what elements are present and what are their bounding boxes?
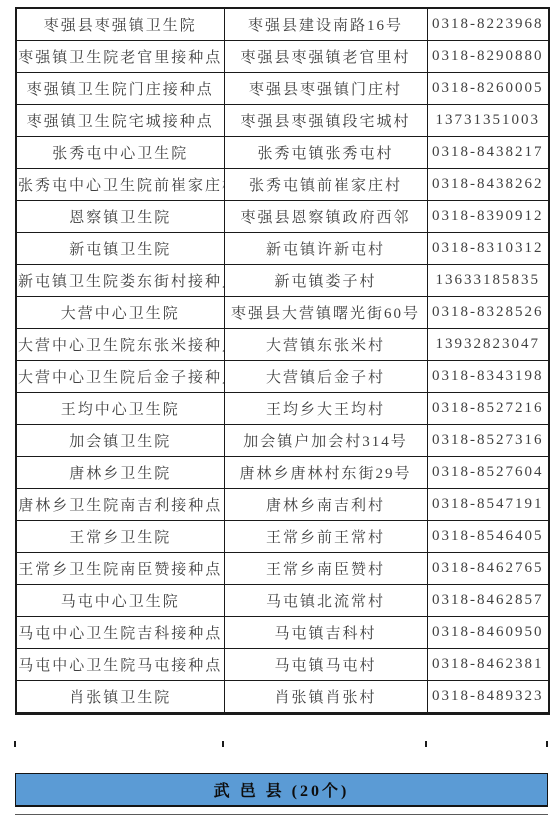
clinic-name-cell: 枣强镇卫生院宅城接种点 [16,105,224,137]
clinic-name-cell: 恩察镇卫生院 [16,201,224,233]
clinic-name-cell: 马屯中心卫生院 [16,585,224,617]
table-row: 唐林乡卫生院 唐林乡唐林村东街29号 0318-8527604 [16,457,549,489]
table-row: 王常乡卫生院 王常乡前王常村 0318-8546405 [16,521,549,553]
table-row: 肖张镇卫生院 肖张镇肖张村 0318-8489323 [16,681,549,714]
clinic-name-cell: 唐林乡卫生院南吉利接种点 [16,489,224,521]
table-row: 枣强镇卫生院宅城接种点 枣强县枣强镇段宅城村 13731351003 [16,105,549,137]
address-cell: 王常乡前王常村 [224,521,427,553]
phone-cell: 0318-8547191 [427,489,549,521]
clinic-name-cell: 大营中心卫生院东张米接种点 [16,329,224,361]
phone-cell: 0318-8462857 [427,585,549,617]
clinic-name-cell: 加会镇卫生院 [16,425,224,457]
table-row: 张秀屯中心卫生院 张秀屯镇张秀屯村 0318-8438217 [16,137,549,169]
address-cell: 新屯镇娄子村 [224,265,427,297]
clinic-name-cell: 马屯中心卫生院吉科接种点 [16,617,224,649]
next-table-top-border [15,814,548,815]
phone-cell: 0318-8438217 [427,137,549,169]
address-cell: 马屯镇北流常村 [224,585,427,617]
clinic-name-cell: 枣强镇卫生院老官里接种点 [16,41,224,73]
table-row: 恩察镇卫生院 枣强县恩察镇政府西邻 0318-8390912 [16,201,549,233]
phone-cell: 0318-8546405 [427,521,549,553]
table-row: 大营中心卫生院 枣强县大营镇曙光街60号 0318-8328526 [16,297,549,329]
phone-cell: 0318-8460950 [427,617,549,649]
clinic-name-cell: 张秀屯中心卫生院前崔家庄村接种点 [16,169,224,201]
table-row: 枣强镇卫生院老官里接种点 枣强县枣强镇老官里村 0318-8290880 [16,41,549,73]
table-row: 张秀屯中心卫生院前崔家庄村接种点 张秀屯镇前崔家庄村 0318-8438262 [16,169,549,201]
clinic-name-cell: 枣强镇卫生院门庄接种点 [16,73,224,105]
clinic-name-cell: 肖张镇卫生院 [16,681,224,714]
clinic-name-cell: 大营中心卫生院 [16,297,224,329]
table-border-stub [425,741,427,747]
address-cell: 枣强县大营镇曙光街60号 [224,297,427,329]
clinic-name-cell: 马屯中心卫生院马屯接种点 [16,649,224,681]
phone-cell: 0318-8438262 [427,169,549,201]
table-row: 马屯中心卫生院吉科接种点 马屯镇吉科村 0318-8460950 [16,617,549,649]
phone-cell: 0318-8390912 [427,201,549,233]
address-cell: 马屯镇吉科村 [224,617,427,649]
table-row: 王常乡卫生院南臣赞接种点 王常乡南臣赞村 0318-8462765 [16,553,549,585]
table-border-stub [222,741,224,747]
phone-cell: 0318-8527216 [427,393,549,425]
phone-cell: 13932823047 [427,329,549,361]
clinic-name-cell: 大营中心卫生院后金子接种点 [16,361,224,393]
document-page: 枣强县枣强镇卫生院 枣强县建设南路16号 0318-8223968 枣强镇卫生院… [0,0,560,817]
clinic-table-body: 枣强县枣强镇卫生院 枣强县建设南路16号 0318-8223968 枣强镇卫生院… [16,8,549,714]
address-cell: 枣强县枣强镇老官里村 [224,41,427,73]
clinic-name-cell: 张秀屯中心卫生院 [16,137,224,169]
address-cell: 大营镇东张米村 [224,329,427,361]
address-cell: 新屯镇许新屯村 [224,233,427,265]
phone-cell: 0318-8310312 [427,233,549,265]
table-row: 加会镇卫生院 加会镇户加会村314号 0318-8527316 [16,425,549,457]
clinic-table: 枣强县枣强镇卫生院 枣强县建设南路16号 0318-8223968 枣强镇卫生院… [15,7,550,715]
phone-cell: 0318-8527316 [427,425,549,457]
clinic-name-cell: 王常乡卫生院南臣赞接种点 [16,553,224,585]
address-cell: 加会镇户加会村314号 [224,425,427,457]
table-row: 马屯中心卫生院 马屯镇北流常村 0318-8462857 [16,585,549,617]
table-row: 大营中心卫生院东张米接种点 大营镇东张米村 13932823047 [16,329,549,361]
phone-cell: 0318-8260005 [427,73,549,105]
phone-cell: 0318-8290880 [427,41,549,73]
clinic-name-cell: 唐林乡卫生院 [16,457,224,489]
address-cell: 枣强县恩察镇政府西邻 [224,201,427,233]
table-border-stub [546,741,548,747]
phone-cell: 0318-8223968 [427,8,549,41]
table-row: 大营中心卫生院后金子接种点 大营镇后金子村 0318-8343198 [16,361,549,393]
phone-cell: 0318-8328526 [427,297,549,329]
phone-cell: 0318-8462381 [427,649,549,681]
phone-cell: 0318-8527604 [427,457,549,489]
phone-cell: 0318-8462765 [427,553,549,585]
table-row: 新屯镇卫生院娄东街村接种点 新屯镇娄子村 13633185835 [16,265,549,297]
table-row: 唐林乡卫生院南吉利接种点 唐林乡南吉利村 0318-8547191 [16,489,549,521]
table-row: 新屯镇卫生院 新屯镇许新屯村 0318-8310312 [16,233,549,265]
address-cell: 张秀屯镇前崔家庄村 [224,169,427,201]
address-cell: 王均乡大王均村 [224,393,427,425]
address-cell: 张秀屯镇张秀屯村 [224,137,427,169]
phone-cell: 0318-8343198 [427,361,549,393]
phone-cell: 13633185835 [427,265,549,297]
address-cell: 王常乡南臣赞村 [224,553,427,585]
phone-cell: 13731351003 [427,105,549,137]
address-cell: 枣强县枣强镇门庄村 [224,73,427,105]
phone-cell: 0318-8489323 [427,681,549,714]
table-row: 枣强县枣强镇卫生院 枣强县建设南路16号 0318-8223968 [16,8,549,41]
address-cell: 枣强县枣强镇段宅城村 [224,105,427,137]
table-row: 王均中心卫生院 王均乡大王均村 0318-8527216 [16,393,549,425]
table-row: 枣强镇卫生院门庄接种点 枣强县枣强镇门庄村 0318-8260005 [16,73,549,105]
clinic-name-cell: 王常乡卫生院 [16,521,224,553]
address-cell: 马屯镇马屯村 [224,649,427,681]
address-cell: 唐林乡唐林村东街29号 [224,457,427,489]
clinic-name-cell: 枣强县枣强镇卫生院 [16,8,224,41]
table-row: 马屯中心卫生院马屯接种点 马屯镇马屯村 0318-8462381 [16,649,549,681]
address-cell: 肖张镇肖张村 [224,681,427,714]
address-cell: 唐林乡南吉利村 [224,489,427,521]
table-border-stub [14,741,16,747]
address-cell: 枣强县建设南路16号 [224,8,427,41]
clinic-name-cell: 新屯镇卫生院娄东街村接种点 [16,265,224,297]
section-bar-label: 武 邑 县 (20个) [214,778,350,801]
clinic-name-cell: 王均中心卫生院 [16,393,224,425]
clinic-name-cell: 新屯镇卫生院 [16,233,224,265]
address-cell: 大营镇后金子村 [224,361,427,393]
section-bar: 武 邑 县 (20个) [15,773,548,807]
